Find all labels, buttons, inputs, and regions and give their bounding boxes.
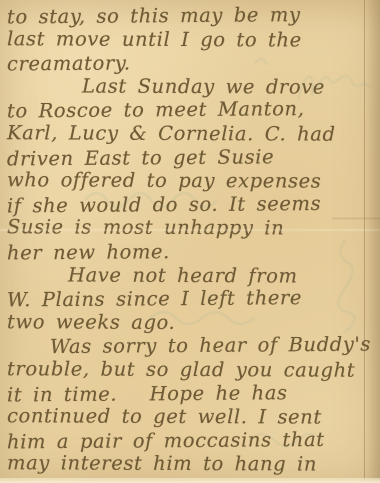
letter-line: two weeks ago. (0, 310, 380, 335)
page-edge-shadow (364, 0, 380, 483)
letter-line: W. Plains since I left there (0, 286, 380, 313)
letter-line: driven East to get Susie (0, 144, 380, 171)
letter-line: him a pair of moccasins that (0, 427, 380, 454)
letter-line: Have not heard from (0, 263, 380, 288)
letter-line: it in time. Hope he has (0, 380, 380, 407)
letter-line: Last Sunday we drove (0, 74, 380, 99)
letter-line: Karl, Lucy & Cornelia. C. had (0, 121, 380, 146)
letter-line: to Roscoe to meet Manton, (0, 97, 380, 124)
letter-line: creamatory. (0, 50, 380, 77)
letter-line: to stay, so this may be my (0, 3, 380, 30)
letter-line: who offered to pay expenses (0, 168, 380, 193)
page-bottom-edge (0, 478, 380, 483)
letter-line: Was sorry to hear of Buddy's (0, 333, 380, 360)
letter-line: last move until I go to the (0, 27, 380, 52)
letter-page: to stay, so this may be my last move unt… (0, 0, 380, 483)
paper-crease (0, 229, 380, 231)
letter-line: if she would do so. It seems (0, 191, 380, 218)
letter-line: continued to get well. I sent (0, 404, 380, 429)
letter-line: may interest him to hang in (0, 451, 380, 476)
letter-body: to stay, so this may be my last move unt… (0, 4, 380, 476)
letter-line: her new home. (0, 238, 380, 265)
letter-line: trouble, but so glad you caught (0, 357, 380, 382)
